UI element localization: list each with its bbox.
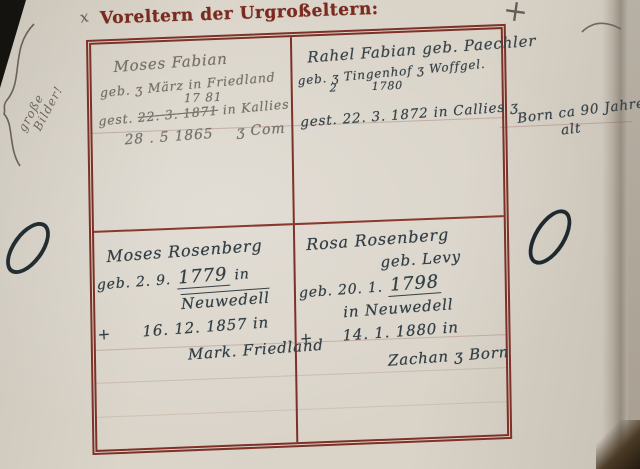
ruled-line <box>97 401 507 418</box>
entry-death-line: + 14. 1. 1880 in <box>299 318 459 348</box>
entry-birth-place: Neuwedell <box>181 289 270 313</box>
death-date-struck: 22. 3. 1871 <box>137 103 218 125</box>
death-date: 16. 12. 1857 in <box>142 313 269 340</box>
entry-birth-line: geb. 2. 9. 1779 in <box>96 262 250 294</box>
death-place: in Kallies <box>222 96 289 117</box>
entry-name: Rahel Fabian geb. Paechler <box>307 32 537 67</box>
pencil-tail-stroke <box>580 16 624 38</box>
entry-name: Moses Rosenberg <box>106 236 263 266</box>
entry-birth-place: in Neuwedell <box>343 295 454 321</box>
ruled-line <box>96 367 506 384</box>
adjacent-page-strip <box>628 0 640 469</box>
entry-nee: geb. Levy <box>380 247 461 271</box>
birth-year: 1779 <box>176 264 230 290</box>
bottom-right-table-surface <box>596 420 640 469</box>
photo-of-register-page: Voreltern der Urgroßeltern: x + große Bi… <box>0 0 640 469</box>
ancestor-table: Moses Fabian geb. ʒ März in Friedland 17… <box>86 24 512 455</box>
death-date: 14. 1. 1880 in <box>342 318 459 344</box>
page-title: Voreltern der Urgroßeltern: <box>100 0 421 29</box>
ink-oval-mark-right <box>520 202 580 272</box>
ink-oval-mark-left <box>0 214 59 281</box>
birth-prefix: geb. 20. 1. <box>299 279 384 301</box>
pencil-x-mark: x <box>78 7 91 27</box>
entry-birth-subline: 2 1780 <box>330 79 404 95</box>
entry-death-line: gest. 22. 3. 1872 in Callies ʒ <box>300 99 519 131</box>
entry-death-line: + 16. 12. 1857 in <box>97 313 269 344</box>
corrected-date: 28 . 5 1865 <box>124 126 214 148</box>
entry-death-place: Zachan ʒ Born <box>388 343 510 370</box>
birth-prefix: geb. 2. 9. <box>97 272 172 293</box>
birth-year: 1798 <box>388 271 442 297</box>
death-cross: + <box>299 329 313 348</box>
corrected-suffix: ʒ Com <box>236 121 285 141</box>
birth-suffix: in <box>234 266 250 283</box>
entry-name: Moses Fabian <box>113 50 228 76</box>
death-prefix: gest. <box>98 110 134 128</box>
entry-corrected-line: 28 . 5 1865 ʒ Com <box>124 121 286 149</box>
table-vertical-divider <box>290 37 298 442</box>
page-edge-shadow <box>602 0 628 469</box>
death-cross: + <box>97 325 111 344</box>
